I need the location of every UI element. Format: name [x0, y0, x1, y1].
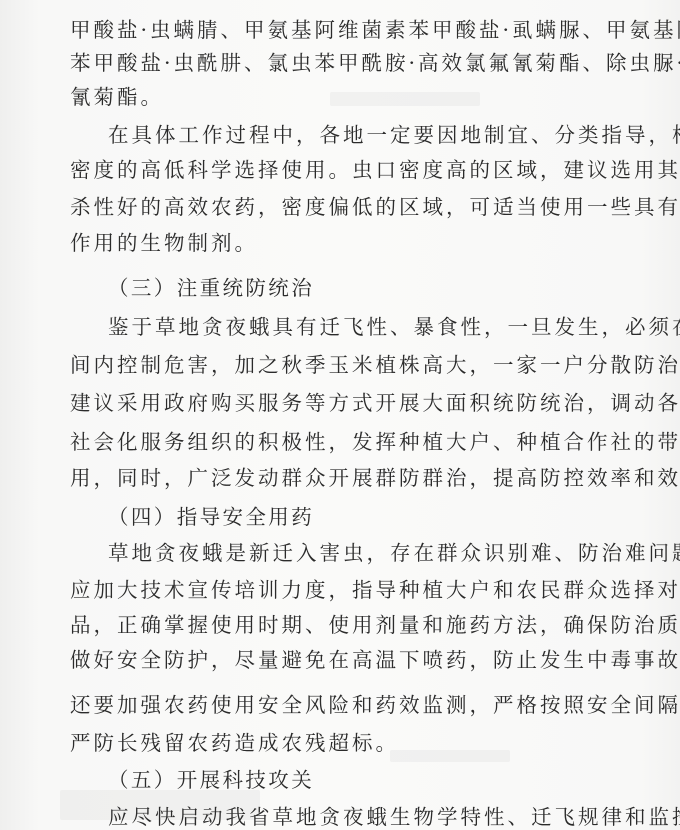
body-text-line: 用，同时，广泛发动群众开展群防群治，提高防控效率和效果。	[70, 466, 640, 490]
body-text-line: 草地贪夜蛾是新迁入害虫，存在群众识别难、防治难问题，各地	[108, 541, 678, 565]
body-text-line: 社会化服务组织的积极性，发挥种植大户、种植合作社的带头引领作	[70, 430, 640, 454]
body-text-line: 应尽快启动我省草地贪夜蛾生物学特性、迁飞规律和监控技术的	[108, 805, 678, 829]
section-heading-3: （三）注重统防统治	[108, 276, 678, 300]
body-text-line: 杀性好的高效农药，密度偏低的区域，可适当使用一些具有生态调节	[70, 195, 640, 219]
body-text-line: 甲酸盐·虫螨腈、甲氨基阿维菌素苯甲酸盐·虱螨脲、甲氨基阿维菌素	[70, 18, 640, 42]
body-text-line: 应加大技术宣传培训力度，指导种植大户和农民群众选择对路农药产	[70, 578, 640, 602]
body-text-line: 做好安全防护，尽量避免在高温下喷药，防止发生中毒事故。另外，	[70, 648, 640, 672]
body-text-line: 建议采用政府购买服务等方式开展大面积统防统治，调动各类型植保	[70, 391, 640, 415]
body-text-line: 品，正确掌握使用时期、使用剂量和施药方法，确保防治质量。同时，	[70, 613, 640, 637]
document-page: 甲酸盐·虫螨腈、甲氨基阿维菌素苯甲酸盐·虱螨脲、甲氨基阿维菌素 苯甲酸盐·虫酰肼…	[0, 0, 680, 830]
body-text-line: 作用的生物制剂。	[70, 231, 640, 255]
body-text-line: 还要加强农药使用安全风险和药效监测，严格按照安全间隔期用药，	[70, 693, 640, 717]
body-text-line: 鉴于草地贪夜蛾具有迁飞性、暴食性，一旦发生，必须在最短时	[108, 315, 678, 339]
body-text-line: 密度的高低科学选择使用。虫口密度高的区域，建议选用其中一些速	[70, 158, 640, 182]
body-text-line: 氰菊酯。	[70, 85, 640, 109]
body-text-line: 严防长残留农药造成农残超标。	[70, 731, 640, 755]
body-text-line: 苯甲酸盐·虫酰肼、氯虫苯甲酰胺·高效氯氟氰菊酯、除虫脲·高效氯氟	[70, 51, 640, 75]
body-text-line: 间内控制危害，加之秋季玉米植株高大，一家一户分散防治难度很大。	[70, 353, 640, 377]
section-heading-4: （四）指导安全用药	[108, 505, 678, 529]
body-text-line: 在具体工作过程中，各地一定要因地制宜、分类指导，根据虫口	[108, 123, 678, 147]
section-heading-5: （五）开展科技攻关	[108, 768, 678, 792]
